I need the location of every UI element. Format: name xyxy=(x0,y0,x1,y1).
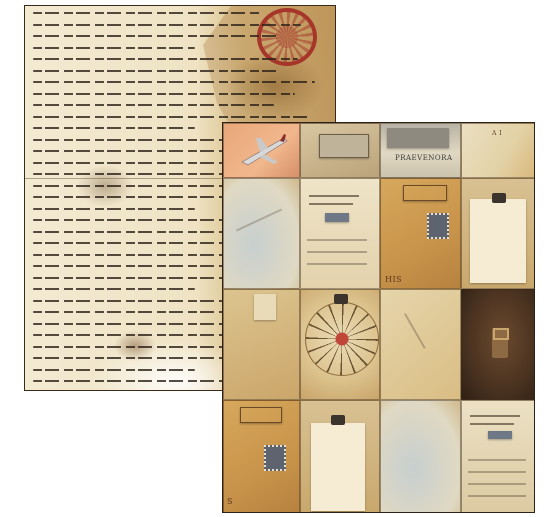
world-map-tile-2 xyxy=(380,400,461,513)
handwriting-line xyxy=(33,104,274,106)
collage-grid: PRAEVENORA A I HIS xyxy=(223,123,534,512)
handwriting-line xyxy=(33,12,262,14)
handwriting-line xyxy=(33,35,280,37)
postage-stamp-icon xyxy=(427,213,449,239)
binder-clip-icon xyxy=(492,193,506,203)
handwriting-line xyxy=(33,127,195,129)
airplane-icon xyxy=(238,132,290,168)
envelope-label: S xyxy=(227,497,233,506)
compass-rose-icon xyxy=(305,302,379,376)
buckle-icon xyxy=(492,328,508,358)
binder-clip-icon xyxy=(331,415,345,425)
clipboard-note-tile-2 xyxy=(300,400,380,513)
clipboard-note-tile xyxy=(461,178,535,289)
handwriting-line xyxy=(33,288,195,290)
handwriting-line xyxy=(33,58,298,60)
leather-satchel-tile xyxy=(461,289,535,400)
world-map-tile xyxy=(223,178,300,289)
handwriting-line xyxy=(33,208,195,210)
compass-rose-tile xyxy=(300,289,380,400)
letter-and-form-tile xyxy=(300,178,380,289)
envelope-label: HIS xyxy=(385,275,402,284)
newspaper-headline: PRAEVENORA xyxy=(395,154,453,162)
handwriting-line xyxy=(33,93,295,95)
letter-and-form-tile-2 xyxy=(461,400,535,513)
travel-collage-sheet: PRAEVENORA A I HIS xyxy=(222,122,535,513)
handwriting-line xyxy=(33,81,315,83)
airplane-postcard-tile xyxy=(223,123,300,178)
handwriting-line xyxy=(33,116,312,118)
handwriting-line xyxy=(33,47,195,49)
handwriting-line xyxy=(33,24,301,26)
old-map-tile xyxy=(223,289,300,400)
envelope-tile: HIS xyxy=(380,178,461,289)
binder-clip-icon xyxy=(334,294,348,304)
map-label: A I xyxy=(492,130,502,137)
newspaper-clipping-tile: PRAEVENORA xyxy=(380,123,461,178)
handwriting-line xyxy=(33,70,277,72)
americas-map-tile xyxy=(380,289,461,400)
handwriting-line xyxy=(33,369,195,371)
envelope-tile-2: S xyxy=(223,400,300,513)
postage-stamp-icon xyxy=(264,445,286,471)
map-top-tile: A I xyxy=(461,123,535,178)
vintage-ticket-tile xyxy=(300,123,380,178)
